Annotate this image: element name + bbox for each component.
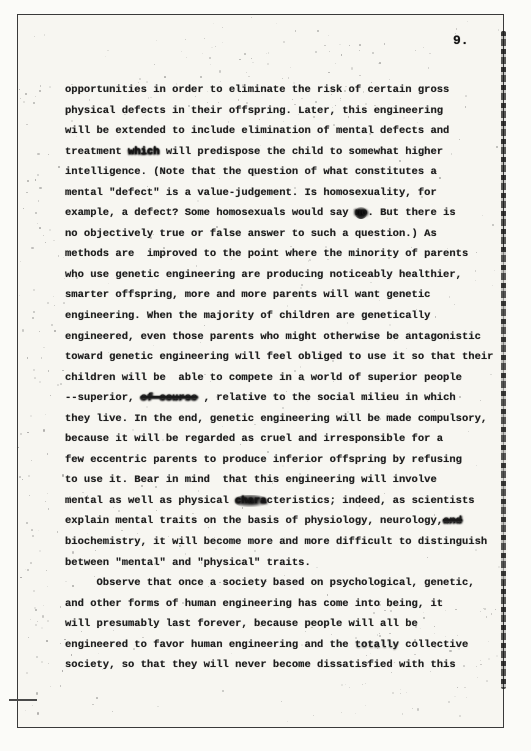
scan-speck xyxy=(328,72,330,74)
scan-speck xyxy=(209,57,211,59)
scan-speck xyxy=(18,447,19,448)
scan-speck xyxy=(57,384,59,386)
scan-speck xyxy=(92,704,94,706)
scan-speck xyxy=(448,701,449,702)
ink-strike: of course xyxy=(141,392,198,404)
scan-speck xyxy=(417,708,419,710)
scan-speck xyxy=(496,655,498,657)
text-line: society, so that they will never become … xyxy=(65,655,503,676)
text-segment: will presumably last forever, because pe… xyxy=(65,618,418,630)
scan-speck xyxy=(31,529,33,531)
text-segment: society, so that they will never become … xyxy=(65,659,456,671)
scan-speck xyxy=(35,212,37,214)
scan-speck xyxy=(328,35,329,36)
scan-speck xyxy=(371,82,372,83)
text-segment: between "mental" and "physical" traits. xyxy=(65,557,311,569)
scan-speck xyxy=(29,495,30,496)
scan-speck xyxy=(254,424,255,425)
scan-speck xyxy=(423,47,424,48)
scan-speck xyxy=(300,287,302,289)
scan-speck xyxy=(30,619,31,620)
scan-speck xyxy=(436,171,437,172)
scan-speck xyxy=(459,715,461,717)
text-segment: to use it. Bear in mind that this engine… xyxy=(65,474,437,486)
scan-speck xyxy=(156,40,157,41)
scan-speck xyxy=(145,115,146,116)
scan-speck xyxy=(449,296,450,297)
text-segment: will be extended to include elimination … xyxy=(65,125,449,137)
scan-speck xyxy=(288,77,289,78)
scan-speck xyxy=(340,100,341,101)
scan-speck xyxy=(406,692,407,693)
scan-speck xyxy=(313,715,314,716)
text-segment: few eccentric parents to produce inferio… xyxy=(65,454,462,466)
scan-speck xyxy=(105,642,106,643)
text-segment: . But there is xyxy=(367,207,455,219)
scan-speck xyxy=(293,272,294,273)
scan-speck xyxy=(62,370,64,372)
scan-speck xyxy=(32,705,33,706)
scan-speck xyxy=(26,124,28,126)
scan-speck xyxy=(39,550,41,552)
scan-speck xyxy=(25,93,27,95)
scan-speck xyxy=(32,535,34,537)
text-line: they live. In the end, genetic engineeri… xyxy=(65,409,503,430)
scan-speck xyxy=(26,522,28,524)
scan-speck xyxy=(366,655,367,656)
text-segment: treatment xyxy=(65,146,128,158)
text-line: treatment which will predispose the chil… xyxy=(65,142,503,163)
scan-speck xyxy=(434,410,435,411)
text-segment: children will be able to compete in a wo… xyxy=(65,372,462,384)
scan-speck xyxy=(403,117,405,119)
scan-speck xyxy=(465,95,467,97)
text-line: engineering. When the majority of childr… xyxy=(65,306,503,327)
scan-speck xyxy=(58,255,59,256)
scan-speck xyxy=(39,187,41,189)
scan-speck xyxy=(220,130,222,132)
scan-speck xyxy=(35,179,37,181)
scan-speck xyxy=(37,712,39,714)
scan-speck xyxy=(39,227,41,229)
scan-speck xyxy=(267,451,269,453)
scan-speck xyxy=(182,602,183,603)
scan-speck xyxy=(34,36,35,37)
scan-speck xyxy=(60,383,62,385)
scan-speck xyxy=(495,609,496,610)
scanned-document: { "page": { "number": "9.", "lines": [ [… xyxy=(0,0,531,751)
page-number: 9. xyxy=(453,33,469,48)
scan-speck xyxy=(46,570,47,571)
text-line: methods are improved to the point where … xyxy=(65,244,503,265)
scan-speck xyxy=(348,116,349,117)
scan-speck xyxy=(251,58,252,59)
scan-speck xyxy=(284,537,285,538)
scan-speck xyxy=(137,533,138,534)
scan-speck xyxy=(286,391,287,392)
scan-speck xyxy=(27,357,29,359)
scan-speck xyxy=(26,192,27,193)
scan-speck xyxy=(240,562,242,564)
scan-speck xyxy=(415,626,416,627)
scan-speck xyxy=(25,710,26,711)
scan-speck xyxy=(313,116,314,117)
scan-speck xyxy=(48,508,50,510)
scan-speck xyxy=(50,686,51,687)
scan-speck xyxy=(33,311,35,313)
scan-speck xyxy=(27,569,29,571)
scan-speck xyxy=(51,324,53,326)
scan-speck xyxy=(72,551,74,553)
scan-speck xyxy=(283,121,284,122)
scan-speck xyxy=(181,51,182,52)
text-segment: intelligence. (Note that the question of… xyxy=(65,166,437,178)
scan-speck xyxy=(347,322,348,323)
text-segment: Observe that once a society based on psy… xyxy=(65,577,475,589)
scan-speck xyxy=(153,234,154,235)
scan-speck xyxy=(28,637,29,638)
scan-speck xyxy=(400,689,401,690)
scan-speck xyxy=(150,237,152,239)
scan-speck xyxy=(35,609,37,611)
scan-speck xyxy=(185,39,186,40)
text-segment: engineering. When the majority of childr… xyxy=(65,310,430,322)
scan-speck xyxy=(295,30,297,32)
scan-speck xyxy=(222,42,223,43)
scan-speck xyxy=(335,105,336,106)
scan-speck xyxy=(25,569,26,570)
scan-speck xyxy=(23,208,24,209)
scan-speck xyxy=(43,605,44,606)
scan-speck xyxy=(365,683,366,684)
scan-speck xyxy=(69,666,70,667)
scan-speck xyxy=(423,617,425,619)
scan-speck xyxy=(420,628,421,629)
scan-speck xyxy=(267,63,269,65)
scan-speck xyxy=(23,101,25,103)
scan-speck xyxy=(190,501,191,502)
scan-speck xyxy=(276,23,277,24)
scan-speck xyxy=(252,62,254,64)
scan-speck xyxy=(281,701,282,702)
scan-speck xyxy=(98,653,99,654)
scan-speck xyxy=(208,586,209,587)
scan-speck xyxy=(377,648,378,649)
scan-speck xyxy=(62,670,64,672)
scan-speck xyxy=(53,296,54,297)
scan-speck xyxy=(95,550,96,551)
text-line: mental "defect" is a value-judgement. Is… xyxy=(65,183,503,204)
scan-speck xyxy=(35,96,36,97)
text-segment: mental as well as physical xyxy=(65,495,235,507)
text-line: to use it. Bear in mind that this engine… xyxy=(65,470,503,491)
scan-speck xyxy=(32,317,34,319)
scan-speck xyxy=(428,67,430,69)
scan-speck xyxy=(351,67,353,69)
scan-speck xyxy=(315,101,317,103)
scan-speck xyxy=(47,453,48,454)
scan-speck xyxy=(37,153,39,155)
scan-speck xyxy=(64,278,65,279)
text-segment: they live. In the end, genetic engineeri… xyxy=(65,413,487,425)
text-line: Observe that once a society based on psy… xyxy=(65,573,503,594)
scan-speck xyxy=(466,697,467,698)
scan-speck xyxy=(416,309,417,310)
scan-speck xyxy=(28,475,30,477)
scan-speck xyxy=(417,122,418,123)
scan-speck xyxy=(60,685,62,687)
scan-speck xyxy=(211,47,213,49)
scan-speck xyxy=(366,662,368,664)
scan-speck xyxy=(341,684,343,686)
text-line: and other forms of human engineering has… xyxy=(65,594,503,615)
scan-speck xyxy=(210,64,211,65)
scan-speck xyxy=(202,53,203,54)
scan-speck xyxy=(47,493,48,494)
scan-speck xyxy=(331,94,332,95)
scan-speck xyxy=(359,44,361,46)
scan-speck xyxy=(30,562,32,564)
scan-speck xyxy=(476,465,477,466)
scan-speck xyxy=(247,272,249,274)
text-line: physical defects in their offspring. Lat… xyxy=(65,101,503,122)
scan-speck xyxy=(48,154,49,155)
text-line: will be extended to include elimination … xyxy=(65,121,503,142)
scan-speck xyxy=(240,444,241,445)
scan-speck xyxy=(326,86,327,87)
scan-speck xyxy=(369,133,370,134)
scan-speck xyxy=(121,530,123,532)
text-segment: , relative to the social milieu in which xyxy=(197,392,455,404)
scan-speck xyxy=(45,414,46,415)
scan-speck xyxy=(141,275,142,276)
text-segment: --superior, xyxy=(65,392,141,404)
scan-speck xyxy=(477,677,478,678)
scan-speck xyxy=(412,708,413,709)
scan-speck xyxy=(373,612,375,614)
scan-speck xyxy=(195,96,196,97)
scan-speck xyxy=(216,396,218,398)
scan-speck xyxy=(231,259,232,260)
scan-speck xyxy=(41,627,43,629)
scan-speck xyxy=(425,214,427,216)
scan-speck xyxy=(181,414,183,416)
scan-speck xyxy=(335,63,336,64)
scan-speck xyxy=(400,693,401,694)
binding-streak xyxy=(501,31,506,689)
scan-speck xyxy=(19,89,21,91)
scan-speck xyxy=(372,52,374,54)
scan-speck xyxy=(329,51,330,52)
scan-speck xyxy=(43,429,45,431)
ink-blob: no xyxy=(355,207,368,219)
scan-speck xyxy=(38,200,39,201)
scan-speck xyxy=(50,395,51,396)
scan-speck xyxy=(475,280,476,281)
scan-speck xyxy=(48,663,49,664)
scan-speck xyxy=(301,98,302,99)
text-segment: biochemistry, it will become more and mo… xyxy=(65,536,487,548)
scan-speck xyxy=(26,672,28,674)
text-segment: who use genetic engineering are producin… xyxy=(65,269,462,281)
scan-speck xyxy=(299,473,301,475)
scan-speck xyxy=(246,102,248,104)
scan-speck xyxy=(20,577,21,578)
ink-smudge: which xyxy=(128,146,160,158)
scan-speck xyxy=(207,102,208,103)
scan-speck xyxy=(332,360,334,362)
scan-speck xyxy=(153,345,154,346)
scan-speck xyxy=(222,27,223,28)
scan-speck xyxy=(41,357,42,358)
scan-speck xyxy=(144,440,145,441)
text-segment: mental "defect" is a value-judgement. Is… xyxy=(65,187,437,199)
scan-speck xyxy=(498,566,500,568)
scan-speck xyxy=(210,381,211,382)
text-segment: no objectively true or false answer to s… xyxy=(65,228,437,240)
scan-speck xyxy=(467,21,468,22)
scan-speck xyxy=(47,302,48,303)
text-line: will presumably last forever, because pe… xyxy=(65,614,503,635)
scan-speck xyxy=(54,305,55,306)
body-text: opportunities in order to eliminate the … xyxy=(65,80,503,676)
scan-speck xyxy=(475,549,477,551)
text-segment: physical defects in their offspring. Lat… xyxy=(65,105,443,117)
scan-speck xyxy=(37,621,38,622)
scan-speck xyxy=(37,223,38,224)
scan-speck xyxy=(58,166,60,168)
scan-speck xyxy=(324,45,326,47)
scan-speck xyxy=(219,178,220,179)
scan-speck xyxy=(325,246,327,248)
scan-speck xyxy=(309,259,311,261)
text-segment: toward genetic engineering will feel obl… xyxy=(65,351,493,363)
scan-speck xyxy=(82,492,83,493)
ink-strike: and xyxy=(443,515,462,527)
scan-speck xyxy=(133,648,135,650)
scan-speck xyxy=(439,177,441,179)
scan-speck xyxy=(49,229,51,231)
scan-speck xyxy=(455,33,456,34)
text-line: intelligence. (Note that the question of… xyxy=(65,162,503,183)
scan-speck xyxy=(242,84,244,86)
scan-speck xyxy=(41,661,43,663)
scan-speck xyxy=(54,330,56,332)
scan-speck xyxy=(327,418,328,419)
scan-speck xyxy=(215,548,216,549)
scan-speck xyxy=(349,45,350,46)
scan-speck xyxy=(349,687,350,688)
text-segment: explain mental traits on the basis of ph… xyxy=(65,515,443,527)
scan-speck xyxy=(46,640,48,642)
scan-speck xyxy=(190,88,192,90)
scan-speck xyxy=(47,620,49,622)
text-line: few eccentric parents to produce inferio… xyxy=(65,450,503,471)
scan-speck xyxy=(459,396,461,398)
scan-speck xyxy=(20,261,21,262)
scan-speck xyxy=(301,644,303,646)
scan-speck xyxy=(266,581,267,582)
margin-tick xyxy=(9,699,37,701)
scan-speck xyxy=(251,17,252,18)
text-segment: smarter offspring, more and more parents… xyxy=(65,289,430,301)
scan-speck xyxy=(198,490,200,492)
scan-speck xyxy=(464,687,466,689)
scan-speck xyxy=(268,52,270,54)
scan-speck xyxy=(138,82,139,83)
scan-speck xyxy=(200,76,202,78)
scan-speck xyxy=(374,105,375,106)
scan-speck xyxy=(347,411,349,413)
scan-speck xyxy=(27,432,28,433)
scan-speck xyxy=(180,331,181,332)
scan-speck xyxy=(142,637,143,638)
scan-speck xyxy=(222,690,224,692)
scan-speck xyxy=(53,240,55,242)
scan-speck xyxy=(384,43,385,44)
text-segment: cteristics; indeed, as scientists xyxy=(267,495,475,507)
scan-speck xyxy=(35,624,37,626)
scan-speck xyxy=(40,85,42,87)
text-line: engineered, even those parents who might… xyxy=(65,327,503,348)
scan-speck xyxy=(143,600,144,601)
scan-speck xyxy=(145,665,147,667)
scan-speck xyxy=(425,334,426,335)
scan-speck xyxy=(19,476,21,478)
scan-speck xyxy=(107,50,108,51)
scan-speck xyxy=(298,114,299,115)
scan-speck xyxy=(33,289,34,290)
scan-speck xyxy=(31,460,32,461)
scan-speck xyxy=(384,610,385,611)
scan-speck xyxy=(402,713,404,715)
scan-speck xyxy=(283,41,285,43)
scan-speck xyxy=(150,620,152,622)
scan-speck xyxy=(414,639,416,641)
scan-speck xyxy=(157,706,158,707)
scan-speck xyxy=(67,517,68,518)
scan-speck xyxy=(406,348,407,349)
scan-speck xyxy=(27,180,29,182)
scan-speck xyxy=(196,230,198,232)
scan-speck xyxy=(80,318,81,319)
scan-speck xyxy=(317,30,319,32)
scan-speck xyxy=(378,441,379,442)
scan-speck xyxy=(19,295,20,296)
scan-speck xyxy=(365,705,366,706)
scan-speck xyxy=(118,510,120,512)
scan-speck xyxy=(148,97,150,99)
scan-speck xyxy=(455,609,457,611)
scan-speck xyxy=(196,265,197,266)
scan-speck xyxy=(43,235,44,236)
scan-speck xyxy=(37,174,39,176)
scan-speck xyxy=(454,696,455,697)
scan-speck xyxy=(44,34,46,36)
text-line: opportunities in order to eliminate the … xyxy=(65,80,503,101)
scan-speck xyxy=(434,626,435,627)
scan-speck xyxy=(76,136,77,137)
scan-speck xyxy=(33,369,34,370)
scan-speck xyxy=(154,64,155,65)
scan-speck xyxy=(379,291,380,292)
scan-speck xyxy=(62,474,64,476)
scan-speck xyxy=(305,631,306,632)
scan-speck xyxy=(39,331,40,332)
text-segment: engineered to favor human engineering an… xyxy=(65,639,355,651)
text-line: explain mental traits on the basis of ph… xyxy=(65,511,503,532)
scan-speck xyxy=(480,611,481,612)
